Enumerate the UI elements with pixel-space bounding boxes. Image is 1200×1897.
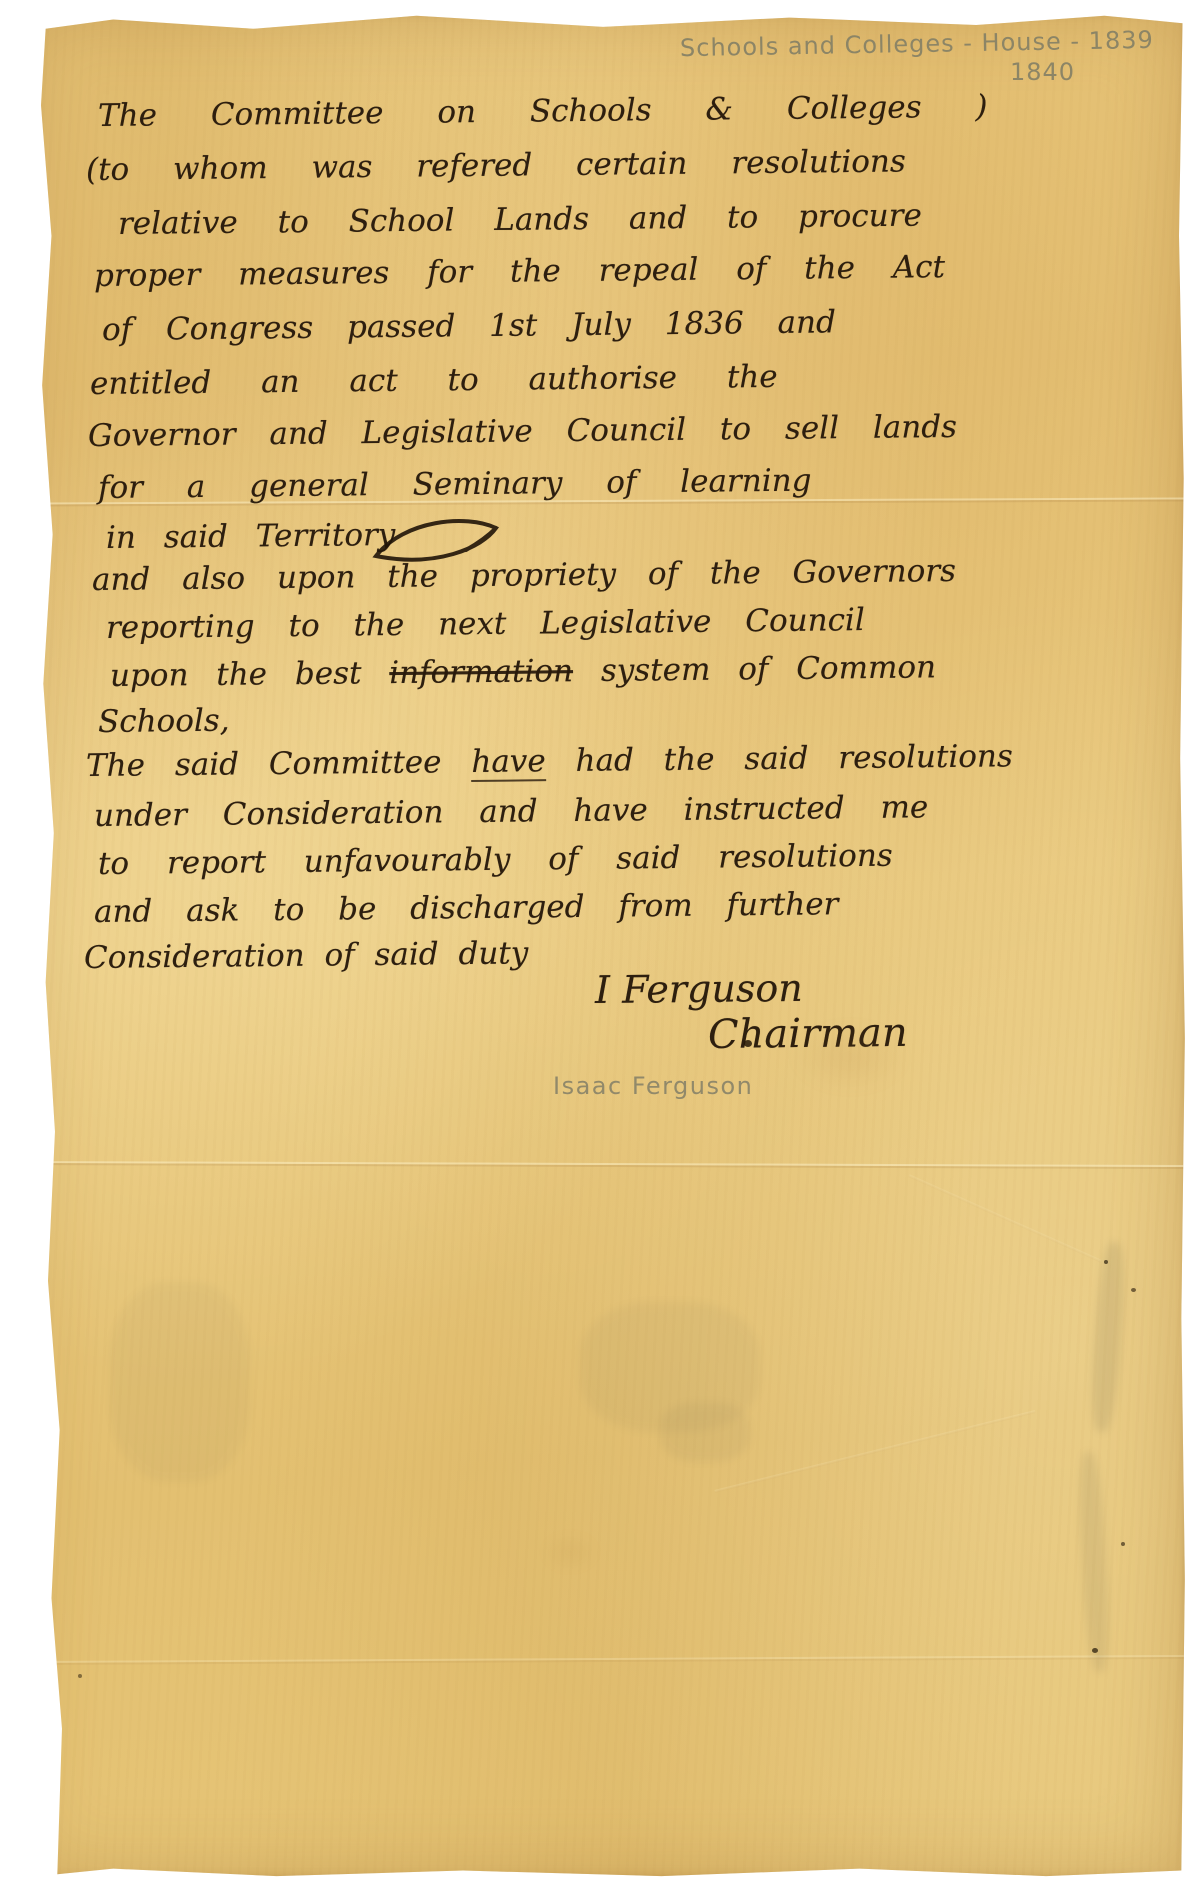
- signature-name: I Ferguson: [595, 966, 803, 1012]
- manuscript-paper: Schools and Colleges - House - 1839 1840…: [20, 12, 1186, 1878]
- manuscript-line: upon the best information system of Comm…: [110, 649, 936, 694]
- manuscript-line: The said Committee have had the said res…: [86, 738, 1013, 784]
- manuscript-line: for a general Seminary of learning: [98, 463, 812, 506]
- manuscript-line: in said Territory: [106, 517, 396, 556]
- manuscript-line: to report unfavourably of said resolutio…: [98, 838, 893, 882]
- manuscript-line: entitled an act to authorise the: [90, 359, 778, 402]
- paper-stain: [540, 1532, 600, 1572]
- fold-crease: [20, 1161, 1186, 1169]
- manuscript-line: and ask to be discharged from further: [94, 886, 839, 930]
- archival-annotation-signer-name: Isaac Ferguson: [553, 1072, 753, 1100]
- scanned-document-canvas: Schools and Colleges - House - 1839 1840…: [0, 0, 1200, 1897]
- paper-stain: [790, 1022, 910, 1092]
- manuscript-line: under Consideration and have instructed …: [94, 789, 929, 834]
- manuscript-line: Governor and Legislative Council to sell…: [88, 409, 957, 454]
- fold-crease-line: [20, 1161, 1186, 1169]
- manuscript-line: The Committee on Schools & Colleges ): [98, 89, 988, 134]
- manuscript-line: reporting to the next Legislative Counci…: [106, 602, 865, 646]
- line-segment: The said Committee: [86, 744, 472, 784]
- manuscript-line: Consideration of said duty: [84, 935, 529, 976]
- manuscript-line: and also upon the propriety of the Gover…: [92, 553, 956, 598]
- diagonal-crease: [715, 1410, 1036, 1493]
- ink-speck: [1131, 1288, 1136, 1292]
- ink-speck: [744, 1040, 752, 1047]
- manuscript-line: of Congress passed 1st July 1836 and: [102, 304, 836, 348]
- archival-annotation-year: 1840: [1010, 58, 1075, 86]
- fold-crease: [20, 1655, 1186, 1665]
- ink-bleedthrough: [660, 1402, 750, 1462]
- ink-bleedthrough: [110, 1282, 250, 1482]
- struck-word: information: [389, 653, 573, 691]
- ink-bleedthrough: [1076, 1452, 1111, 1673]
- fold-crease-line: [20, 1655, 1186, 1665]
- manuscript-line: Schools,: [98, 703, 230, 740]
- manuscript-line: (to whom was refered certain resolutions: [86, 143, 906, 188]
- ink-speck: [78, 1674, 82, 1678]
- ink-speck: [1121, 1542, 1125, 1546]
- archival-annotation-title: Schools and Colleges - House - 1839: [680, 26, 1154, 62]
- manuscript-line: proper measures for the repeal of the Ac…: [94, 249, 945, 294]
- underlined-word: have: [471, 743, 546, 782]
- line-segment: system of Common: [573, 649, 936, 689]
- line-segment: upon the best: [110, 655, 390, 694]
- manuscript-line: relative to School Lands and to procure: [118, 198, 922, 242]
- line-segment: had the said resolutions: [546, 738, 1014, 779]
- diagonal-crease: [908, 1174, 1101, 1262]
- ink-bleedthrough: [1088, 1241, 1127, 1432]
